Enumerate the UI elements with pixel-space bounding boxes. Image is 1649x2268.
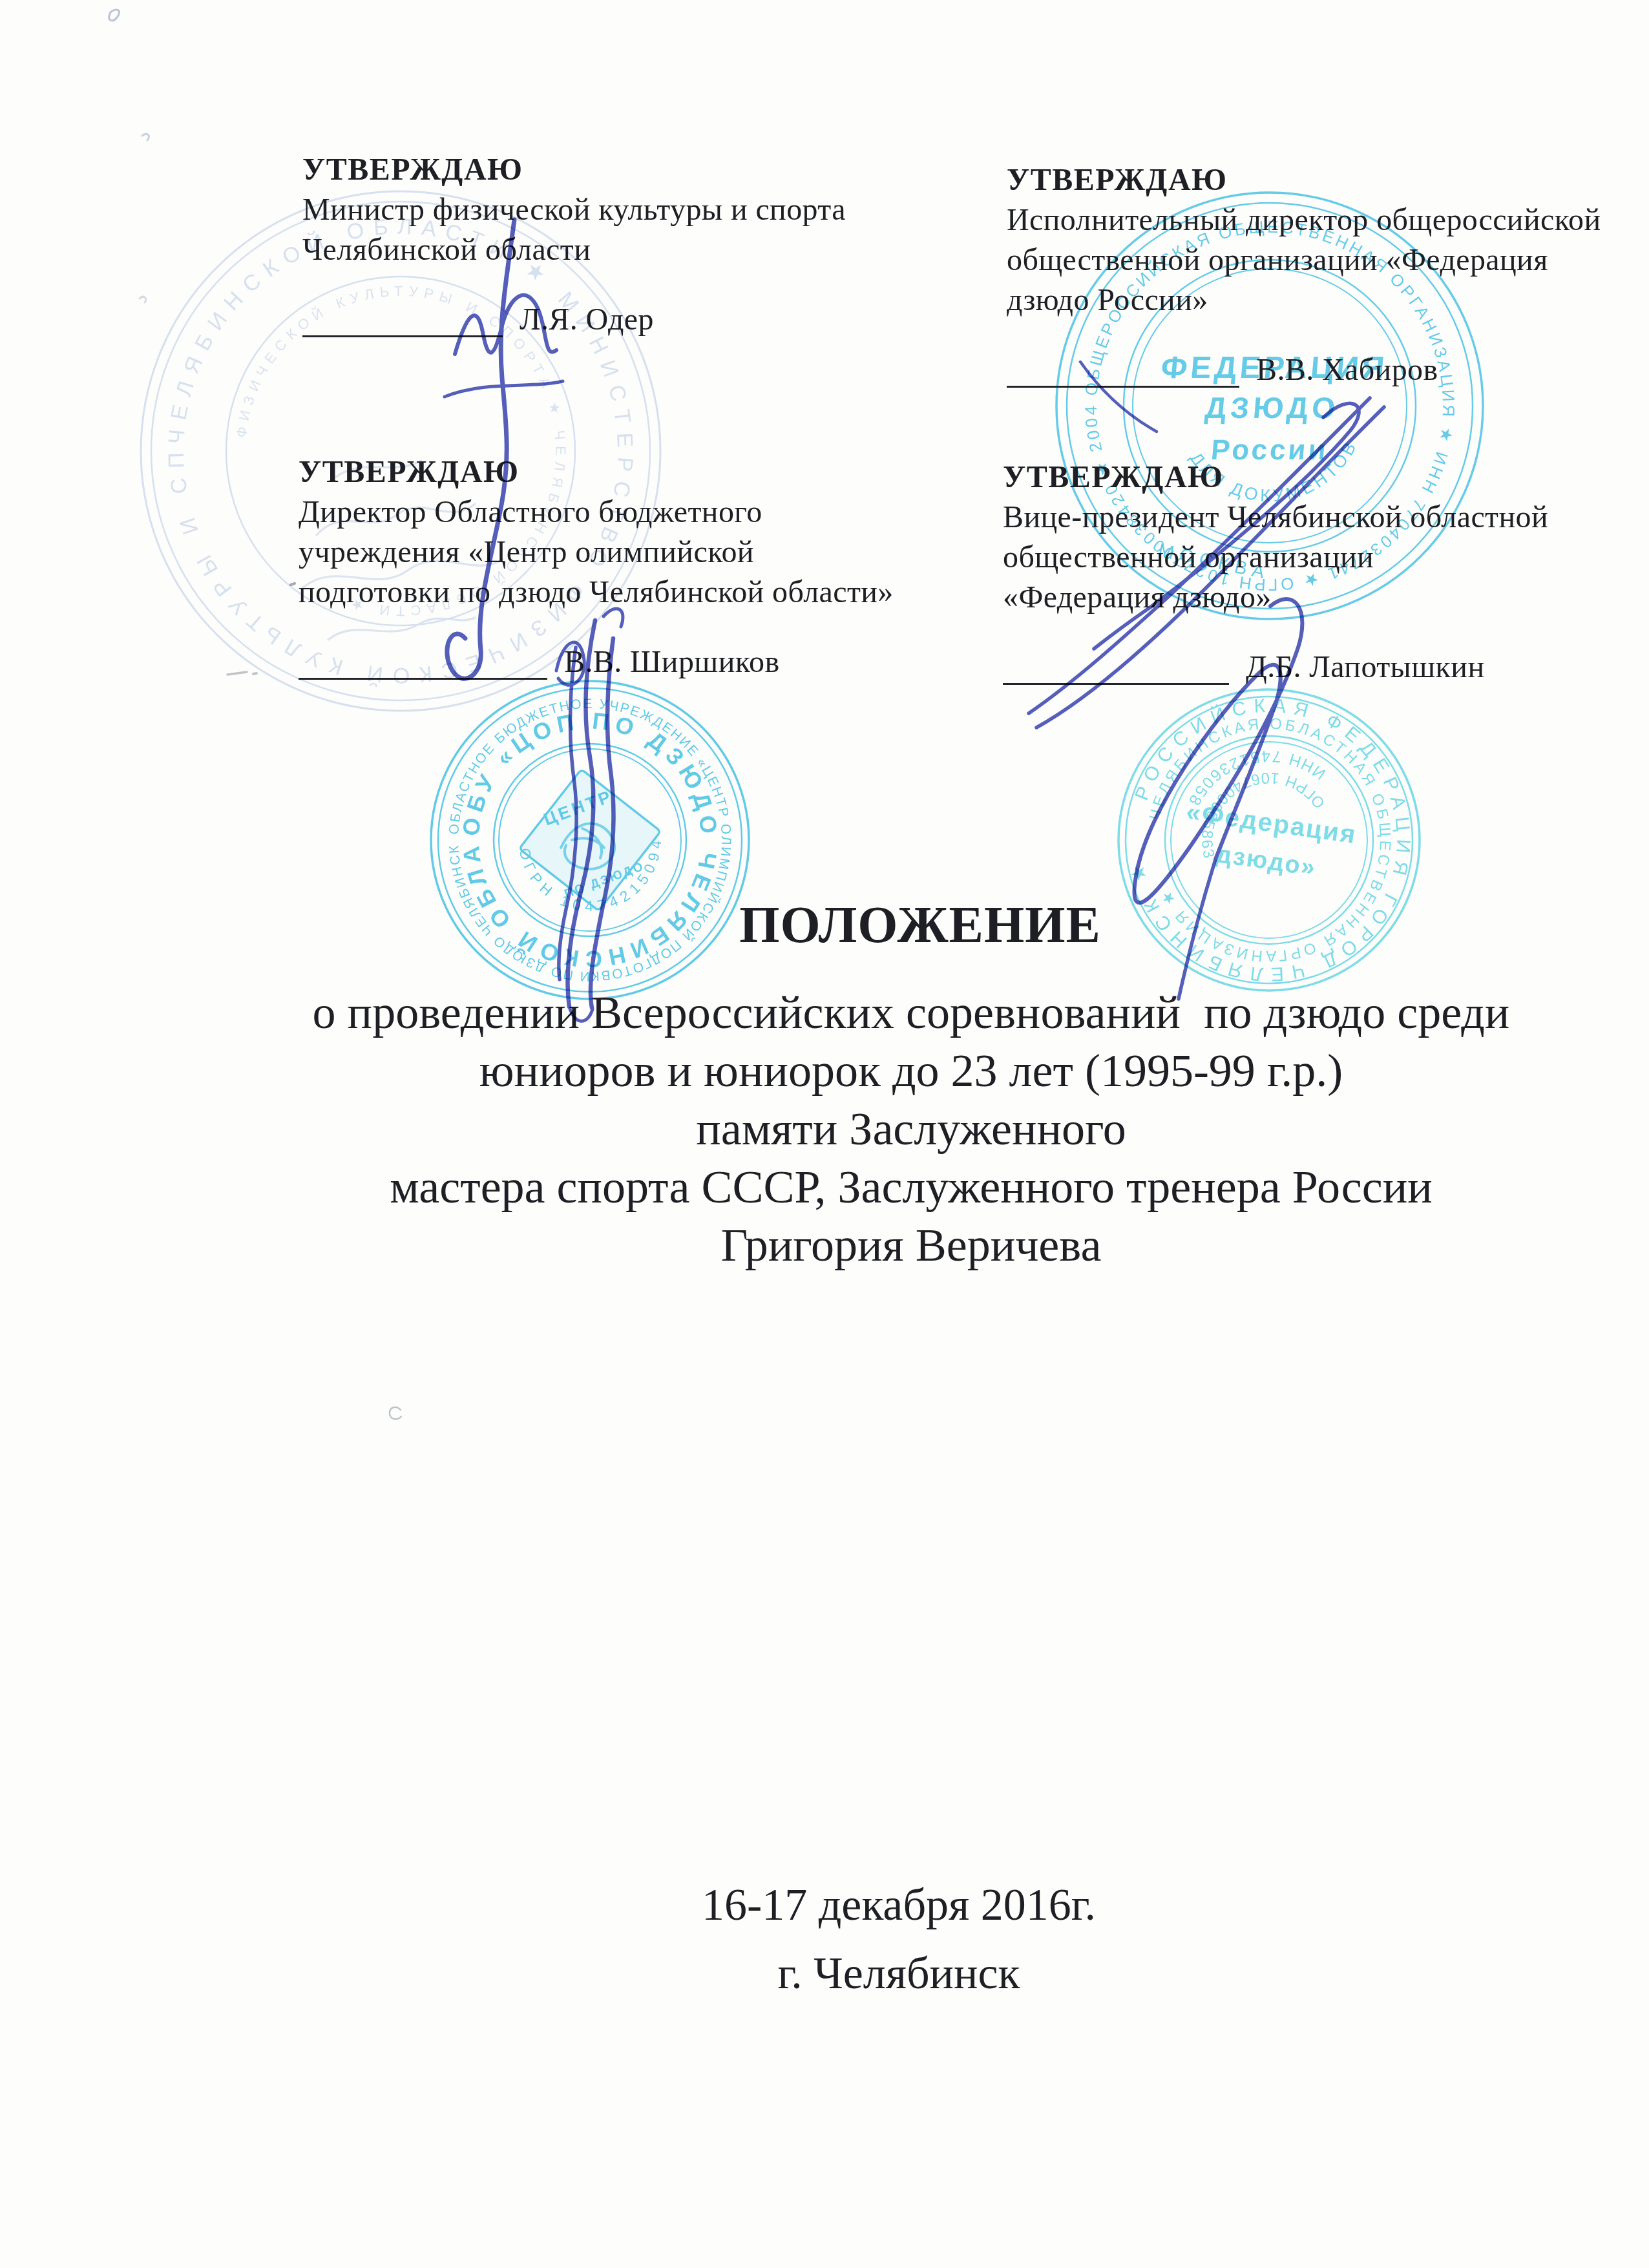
document-subject: о проведении Всероссийских соревнований … xyxy=(0,983,1649,1274)
approval-line: Вице-президент Челябинской областной xyxy=(1003,498,1548,538)
event-city: г. Челябинск xyxy=(149,1940,1649,2008)
approval-line: подготовки по дзюдо Челябинской области» xyxy=(299,572,894,613)
approval-line: Директор Областного бюджетного xyxy=(299,492,894,532)
approval-header: УТВЕРЖДАЮ xyxy=(299,452,894,492)
svg-text:ДЗЮДО: ДЗЮДО xyxy=(1204,391,1341,425)
approval-block-vice-president: УТВЕРЖДАЮ Вице-президент Челябинской обл… xyxy=(1003,457,1548,685)
fed-chel-center-text: «Федерация дзюдо» xyxy=(1179,797,1358,887)
signer-name: Д.Б. Лапотышкин xyxy=(1246,651,1484,685)
judo-federation-chelyabinsk-stamp: РОССИЙСКАЯ ФЕДЕРАЦИЯ ГОРОД ЧЕЛЯБИНСК ★ Ч… xyxy=(1104,675,1434,1005)
approval-block-cop-director: УТВЕРЖДАЮ Директор Областного бюджетного… xyxy=(299,452,894,680)
subject-line: Григория Веричева xyxy=(173,1216,1649,1274)
cop-logo-top-text: ЦЕНТР xyxy=(541,786,615,829)
subject-line: мастера спорта СССР, Заслуженного тренер… xyxy=(173,1158,1649,1216)
fed-chel-inn-text: ИНН 7451236058 xyxy=(1184,747,1329,811)
approval-header: УТВЕРЖДАЮ xyxy=(302,150,846,190)
event-date-place: 16-17 декабря 2016г. г. Челябинск xyxy=(0,1871,1649,2008)
signature-row: В.В. Хабиров xyxy=(1007,352,1601,388)
signer-name: В.В. Хабиров xyxy=(1256,354,1438,388)
approval-block-sport-minister: УТВЕРЖДАЮ Министр физической культуры и … xyxy=(302,150,846,337)
svg-text:дзюдо»: дзюдо» xyxy=(1214,841,1318,881)
signature-row: Л.Я. Одер xyxy=(302,301,846,337)
fed-chel-ogrn-text: ОГРН 1067400005863 xyxy=(1198,769,1329,862)
cop-stamp-numbers-ring-text: ОГРН 1047421509475 ★ ИНН 7447072640 ★ xyxy=(428,678,664,914)
signature-line xyxy=(1007,352,1239,388)
subject-line: о проведении Всероссийских соревнований … xyxy=(173,983,1649,1042)
signature-row: В.В. Ширшиков xyxy=(299,644,894,680)
approval-header: УТВЕРЖДАЮ xyxy=(1003,457,1548,498)
approval-line: общественной организации xyxy=(1003,538,1548,578)
document-title: ПОЛОЖЕНИЕ xyxy=(0,896,1649,955)
event-dates: 16-17 декабря 2016г. xyxy=(149,1871,1649,1940)
approval-line: учреждения «Центр олимпийской xyxy=(299,532,894,572)
approval-line: общественной организации «Федерация xyxy=(1007,240,1601,280)
signer-name: В.В. Ширшиков xyxy=(564,646,780,680)
approval-line: дзюдо России» xyxy=(1007,280,1601,320)
approval-line: Министр физической культуры и спорта xyxy=(302,190,846,230)
scanned-document-page: ЧЕЛЯБИНСКОЙ ОБЛАСТИ ★ МИНИСТЕРСТВО ФИЗИЧ… xyxy=(0,0,1649,2268)
signature-line xyxy=(299,644,547,680)
signature-line xyxy=(1003,649,1229,685)
signature-row: Д.Б. Лапотышкин xyxy=(1003,649,1548,685)
approval-block-fdr-director: УТВЕРЖДАЮ Исполнительный директор общеро… xyxy=(1007,160,1601,388)
signer-name: Л.Я. Одер xyxy=(520,304,654,337)
judo-throw-pictogram xyxy=(561,823,614,869)
signature-line xyxy=(302,301,503,337)
approval-header: УТВЕРЖДАЮ xyxy=(1007,160,1601,200)
svg-text:«Федерация: «Федерация xyxy=(1184,797,1358,850)
approval-line: Исполнительный директор общероссийской xyxy=(1007,200,1601,240)
subject-line: памяти Заслуженного xyxy=(173,1100,1649,1158)
approval-line: Челябинской области xyxy=(302,230,846,270)
approval-line: «Федерация дзюдо» xyxy=(1003,578,1548,618)
cop-stamp-diamond-logo: ЦЕНТР ПО ДЗЮДО xyxy=(520,770,661,911)
subject-line: юниоров и юниорок до 23 лет (1995-99 г.р… xyxy=(173,1042,1649,1100)
